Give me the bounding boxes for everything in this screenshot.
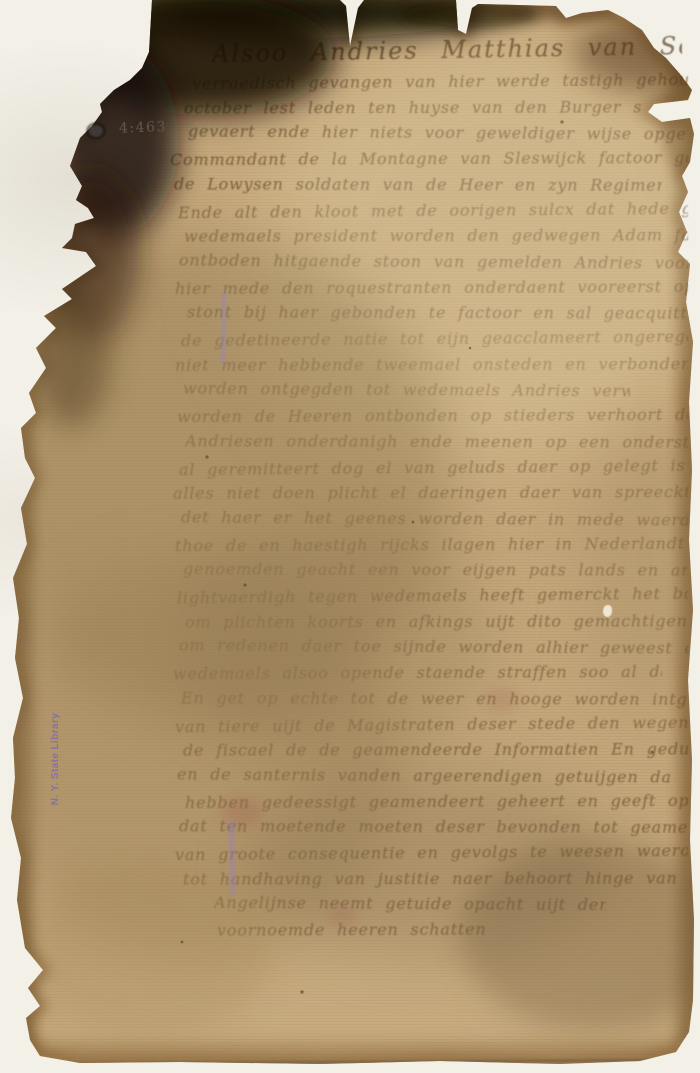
library-stamp: N. Y. State Library bbox=[50, 711, 64, 807]
handwriting-line: van groote consequentie en gevolgs te we… bbox=[175, 841, 688, 864]
handwriting-line: En get op echte tot de weer en hooge wor… bbox=[181, 688, 688, 708]
handwriting-line: wedemaels president worden den gedwegen … bbox=[184, 225, 688, 245]
handwriting-line: det haer er het geenes worden daer in me… bbox=[181, 507, 688, 529]
handwriting-line: de gedetineerde natie tot eijn geacclame… bbox=[181, 327, 688, 350]
handwriting-line: de Lowysen soldaten van de Heer en zyn R… bbox=[174, 174, 662, 194]
handwriting-line: gevaert ende hier niets voor geweldiger … bbox=[188, 121, 688, 143]
handwriting-line: dat ten moetende moeten deser bevonden t… bbox=[179, 816, 688, 836]
handwriting-line: alles niet doen plicht el daeringen daer… bbox=[173, 482, 688, 502]
paper-fleck bbox=[603, 605, 612, 617]
handwriting-line: van tiere uijt de Magistraten deser sted… bbox=[175, 713, 688, 736]
handwriting-line: stont bij haer gebonden te factoor en sa… bbox=[187, 302, 688, 322]
handwriting-line: Angelijnse neemt getuide opacht uijt den… bbox=[214, 893, 606, 914]
handwriting-line: al geremitteert dog el van geluds daer o… bbox=[179, 456, 688, 479]
handwriting-line: worden ontgegden tot wedemaels Andries v… bbox=[183, 379, 630, 401]
manuscript-heading: Alsoo Andries Matthias van Sonderen tes bbox=[212, 32, 682, 68]
handwriting-line: om redenen daer toe sijnde worden alhier… bbox=[179, 635, 688, 657]
handwriting-line: worden de Heeren ontbonden op stieders v… bbox=[177, 405, 688, 426]
handwriting-line: wedemaels alsoo opende staende straffen … bbox=[173, 662, 662, 683]
handwriting-line: Andriesen onderdanigh ende meenen op een… bbox=[185, 431, 688, 451]
handwriting-line: hier mede den roquestranten onderdaent v… bbox=[175, 277, 688, 298]
handwriting-line: voornoemde heeren schatten bbox=[217, 919, 545, 939]
handwriting-line: genoemden geacht een voor eijgen pats la… bbox=[183, 559, 688, 579]
handwriting-line: hebben gedeessigt geamendeert geheert en… bbox=[185, 791, 688, 812]
handwriting-line: ontboden hitgaende stoon van gemelden An… bbox=[179, 250, 688, 272]
handwriting-line: october lest leden ten huyse van den Bur… bbox=[184, 97, 642, 117]
handwriting-line: om plichten koorts en afkings uijt dito … bbox=[185, 611, 688, 631]
scanned-manuscript-page: Alsoo Andries Matthias van Sonderen tes … bbox=[0, 0, 700, 1073]
handwriting-line: en de santernis vanden argeerendigen get… bbox=[177, 764, 670, 786]
handwriting-line: niet meer hebbende tweemael onsteden en … bbox=[175, 354, 688, 374]
handwriting-line: tot handhaving van justitie naer behoort… bbox=[183, 868, 688, 888]
handwriting-block: Alsoo Andries Matthias van Sonderen tes … bbox=[0, 0, 700, 1073]
handwriting-line: Ende alt den kloot met de oorigen sulcx … bbox=[178, 199, 688, 222]
handwriting-line: verraedisch gevangen van hier werde tast… bbox=[192, 70, 688, 93]
handwriting-line: de fiscael de de geamendeerde Informatie… bbox=[183, 739, 688, 759]
handwriting-line: thoe de en haestigh rijcks ilagen hier i… bbox=[175, 534, 688, 555]
handwriting-line: lightvaerdigh tegen wedemaels heeft geme… bbox=[177, 584, 688, 607]
archival-margin-note: 4:463 bbox=[119, 119, 167, 137]
handwriting-line: Commandant de la Montagne van Sleswijck … bbox=[170, 148, 688, 169]
